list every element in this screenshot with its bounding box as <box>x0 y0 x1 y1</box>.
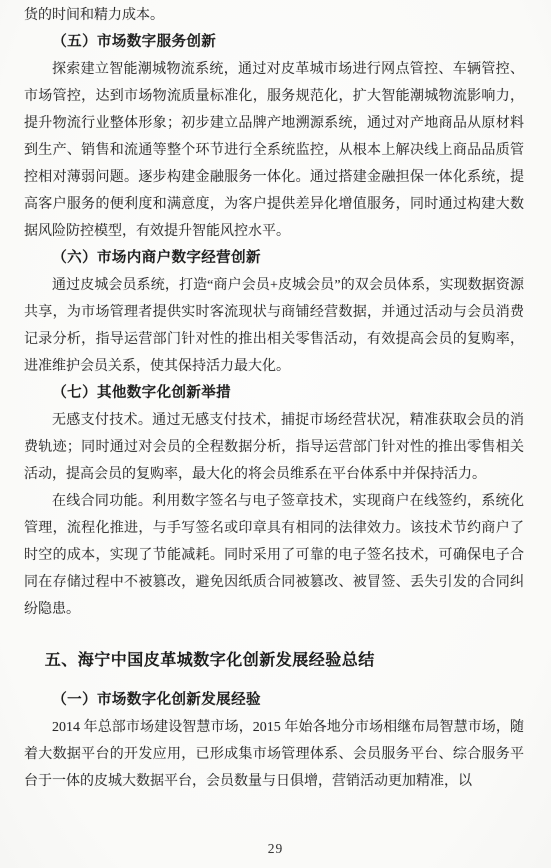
continuation-paragraph: 货的时间和精力成本。 <box>24 2 524 29</box>
page-body: 货的时间和精力成本。 （五）市场数字服务创新 探索建立智能潮城物流系统，通过对皮… <box>24 2 524 795</box>
section-heading-6: （六）市场内商户数字经营创新 <box>24 245 524 272</box>
document-page: 货的时间和精力成本。 （五）市场数字服务创新 探索建立智能潮城物流系统，通过对皮… <box>0 0 551 868</box>
subsection-1-paragraph: 2014 年总部市场建设智慧市场，2015 年始各地分市场相继布局智慧市场，随着… <box>24 714 524 795</box>
section-5-paragraph: 探索建立智能潮城物流系统，通过对皮革城市场进行网点管控、车辆管控、市场管控，达到… <box>24 56 524 245</box>
section-7-paragraph-1: 无感支付技术。通过无感支付技术，捕捉市场经营状况，精准获取会员的消费轨迹；同时通… <box>24 407 524 488</box>
section-heading-5: （五）市场数字服务创新 <box>24 29 524 56</box>
subsection-heading-1: （一）市场数字化创新发展经验 <box>24 687 524 714</box>
chapter-heading: 五、海宁中国皮革城数字化创新发展经验总结 <box>24 647 524 674</box>
section-7-paragraph-2: 在线合同功能。利用数字签名与电子签章技术，实现商户在线签约，系统化管理，流程化推… <box>24 488 524 623</box>
page-number: 29 <box>0 841 551 857</box>
section-6-paragraph: 通过皮城会员系统，打造“商户会员+皮城会员”的双会员体系，实现数据资源共享，为市… <box>24 272 524 380</box>
section-heading-7: （七）其他数字化创新举措 <box>24 380 524 407</box>
